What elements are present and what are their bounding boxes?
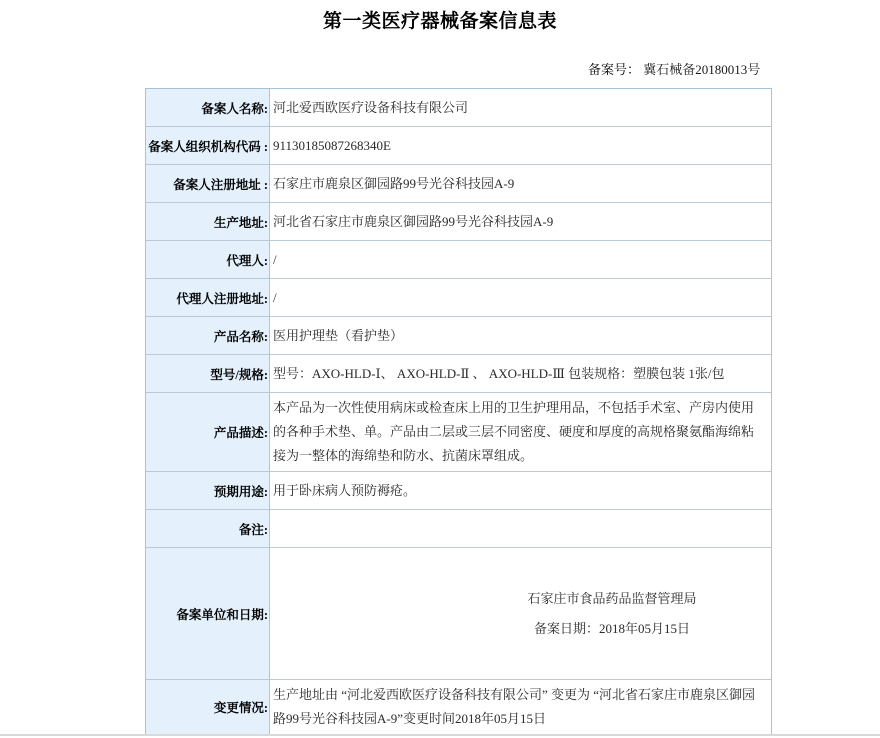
table-row-remarks: 备注: bbox=[146, 510, 771, 548]
row-value: 型号：AXO-HLD-Ⅰ、 AXO-HLD-Ⅱ 、 AXO-HLD-Ⅲ 包装规格… bbox=[270, 355, 771, 392]
row-label: 型号/规格: bbox=[146, 355, 270, 392]
row-label: 备注: bbox=[146, 510, 270, 547]
record-number-value: 冀石械备20180013号 bbox=[643, 62, 760, 77]
record-number-label: 备案号： bbox=[588, 62, 640, 77]
row-value bbox=[270, 510, 771, 547]
row-value: 91130185087268340E bbox=[270, 127, 771, 164]
table-row-change-status: 变更情况: 生产地址由 “河北爱西欧医疗设备科技有限公司” 变更为 “河北省石家… bbox=[146, 680, 771, 734]
row-label: 预期用途: bbox=[146, 472, 270, 509]
row-label: 代理人注册地址: bbox=[146, 279, 270, 316]
row-value: 河北省石家庄市鹿泉区御园路99号光谷科技园A-9 bbox=[270, 203, 771, 240]
row-label: 备案人注册地址 : bbox=[146, 165, 270, 202]
page-title: 第一类医疗器械备案信息表 bbox=[0, 6, 880, 33]
table-row-product-description: 产品描述: 本产品为一次性使用病床或检查床上用的卫生护理用品，不包括手术室、产房… bbox=[146, 393, 771, 472]
row-label: 产品描述: bbox=[146, 393, 270, 471]
row-label: 生产地址: bbox=[146, 203, 270, 240]
table-row-intended-use: 预期用途: 用于卧床病人预防褥疮。 bbox=[146, 472, 771, 510]
bottom-divider bbox=[0, 734, 880, 736]
row-value: 用于卧床病人预防褥疮。 bbox=[270, 472, 771, 509]
row-label: 变更情况: bbox=[146, 680, 270, 734]
filing-unit-block: 石家庄市食品药品监督管理局 备案日期：2018年05月15日 bbox=[527, 591, 696, 637]
table-row-model-spec: 型号/规格: 型号：AXO-HLD-Ⅰ、 AXO-HLD-Ⅱ 、 AXO-HLD… bbox=[146, 355, 771, 393]
table-row-registrant-name: 备案人名称: 河北爱西欧医疗设备科技有限公司 bbox=[146, 89, 771, 127]
row-value: 本产品为一次性使用病床或检查床上用的卫生护理用品，不包括手术室、产房内使用的各种… bbox=[270, 393, 771, 471]
row-value: 医用护理垫（看护垫） bbox=[270, 317, 771, 354]
row-value: 生产地址由 “河北爱西欧医疗设备科技有限公司” 变更为 “河北省石家庄市鹿泉区御… bbox=[270, 680, 771, 734]
row-value: / bbox=[270, 279, 771, 316]
table-row-org-code: 备案人组织机构代码 : 91130185087268340E bbox=[146, 127, 771, 165]
table-row-product-name: 产品名称: 医用护理垫（看护垫） bbox=[146, 317, 771, 355]
filing-date: 备案日期：2018年05月15日 bbox=[527, 621, 696, 637]
filing-info-table: 备案人名称: 河北爱西欧医疗设备科技有限公司 备案人组织机构代码 : 91130… bbox=[145, 88, 772, 736]
row-value: / bbox=[270, 241, 771, 278]
table-row-registered-address: 备案人注册地址 : 石家庄市鹿泉区御园路99号光谷科技园A-9 bbox=[146, 165, 771, 203]
row-value: 石家庄市食品药品监督管理局 备案日期：2018年05月15日 bbox=[270, 548, 771, 679]
table-row-production-address: 生产地址: 河北省石家庄市鹿泉区御园路99号光谷科技园A-9 bbox=[146, 203, 771, 241]
record-number: 备案号： 冀石械备20180013号 bbox=[588, 59, 760, 78]
table-row-agent: 代理人: / bbox=[146, 241, 771, 279]
row-label: 产品名称: bbox=[146, 317, 270, 354]
table-row-agent-address: 代理人注册地址: / bbox=[146, 279, 771, 317]
row-value: 石家庄市鹿泉区御园路99号光谷科技园A-9 bbox=[270, 165, 771, 202]
table-row-filing-unit-date: 备案单位和日期: 石家庄市食品药品监督管理局 备案日期：2018年05月15日 bbox=[146, 548, 771, 680]
row-label: 备案人名称: bbox=[146, 89, 270, 126]
row-label: 备案单位和日期: bbox=[146, 548, 270, 679]
row-value: 河北爱西欧医疗设备科技有限公司 bbox=[270, 89, 771, 126]
row-label: 备案人组织机构代码 : bbox=[146, 127, 270, 164]
row-label: 代理人: bbox=[146, 241, 270, 278]
filing-unit-name: 石家庄市食品药品监督管理局 bbox=[527, 591, 696, 607]
